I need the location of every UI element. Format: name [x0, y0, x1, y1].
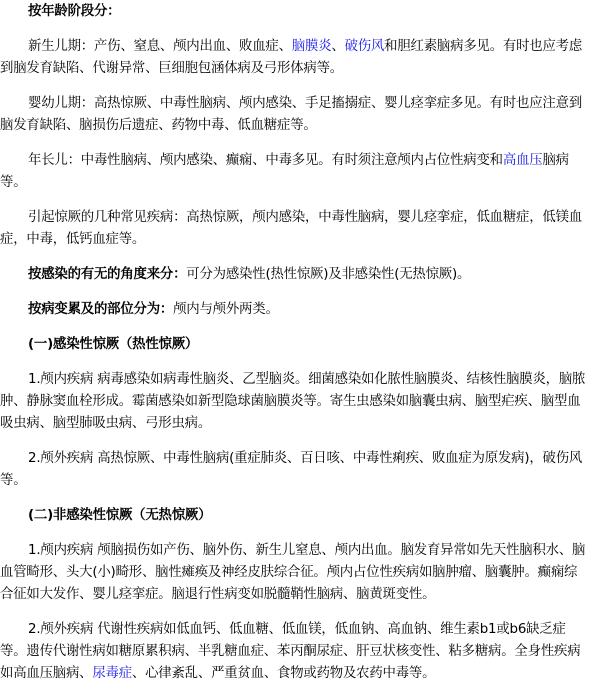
paragraph-common-causes: 引起惊厥的几种常见疾病：高热惊厥，颅内感染，中毒性脑病，婴儿痉挛症，低血糖症，低… — [0, 207, 590, 251]
neonatal-separator: 、 — [331, 39, 344, 54]
older-child-text-prefix: 年长儿：中毒性脑病、颅内感染、癫痫、中毒多见。有时须注意颅内占位性病变和 — [28, 153, 503, 168]
paragraph-noninfectious-extracranial: 2.颅外疾病 代谢性疾病如低血钙、低血糖、低血镁，低血钠、高血钠、维生素b1或b… — [0, 619, 590, 685]
heading-by-age: 按年龄阶段分： — [0, 1, 590, 23]
paragraph-neonatal: 新生儿期：产伤、窒息、颅内出血、败血症、脑膜炎、破伤风和胆红素脑病多见。有时也应… — [0, 36, 590, 80]
lesion-site-label: 按病变累及的部位分为： — [28, 302, 173, 317]
link-hypertension[interactable]: 高血压 — [503, 153, 543, 168]
link-tetanus[interactable]: 破伤风 — [345, 39, 385, 54]
section-title-infectious: (一)感染性惊厥（热性惊厥） — [0, 334, 590, 356]
link-uremia[interactable]: 尿毒症 — [92, 666, 132, 681]
infection-angle-text: 可分为感染性(热性惊厥)及非感染性(无热惊厥)。 — [186, 267, 470, 282]
paragraph-noninfectious-intracranial: 1.颅内疾病 颅脑损伤如产伤、脑外伤、新生儿窒息、颅内出血。脑发育异常如先天性脑… — [0, 540, 590, 606]
noninfectious-extracranial-suffix: 、心律紊乱、严重贫血、食物或药物及农药中毒等。 — [132, 666, 435, 681]
paragraph-lesion-site: 按病变累及的部位分为：颅内与颅外两类。 — [0, 299, 590, 321]
article-body: 按年龄阶段分： 新生儿期：产伤、窒息、颅内出血、败血症、脑膜炎、破伤风和胆红素脑… — [0, 0, 590, 685]
paragraph-infectious-extracranial: 2.颅外疾病 高热惊厥、中毒性脑病(重症肺炎、百日咳、中毒性痢疾、败血症为原发病… — [0, 448, 590, 492]
section-title-noninfectious: (二)非感染性惊厥（无热惊厥） — [0, 505, 590, 527]
link-meningitis[interactable]: 脑膜炎 — [292, 39, 332, 54]
infection-angle-label: 按感染的有无的角度来分： — [28, 267, 186, 282]
paragraph-older-child: 年长儿：中毒性脑病、颅内感染、癫痫、中毒多见。有时须注意颅内占位性病变和高血压脑… — [0, 150, 590, 194]
neonatal-text-prefix: 新生儿期：产伤、窒息、颅内出血、败血症、 — [28, 39, 292, 54]
lesion-site-text: 颅内与颅外两类。 — [173, 302, 279, 317]
paragraph-infant: 婴幼儿期：高热惊厥、中毒性脑病、颅内感染、手足搐搦症、婴儿痉挛症多见。有时也应注… — [0, 93, 590, 137]
paragraph-infectious-intracranial: 1.颅内疾病 病毒感染如病毒性脑炎、乙型脑炎。细菌感染如化脓性脑膜炎、结核性脑膜… — [0, 369, 590, 435]
paragraph-infection-angle: 按感染的有无的角度来分：可分为感染性(热性惊厥)及非感染性(无热惊厥)。 — [0, 264, 590, 286]
